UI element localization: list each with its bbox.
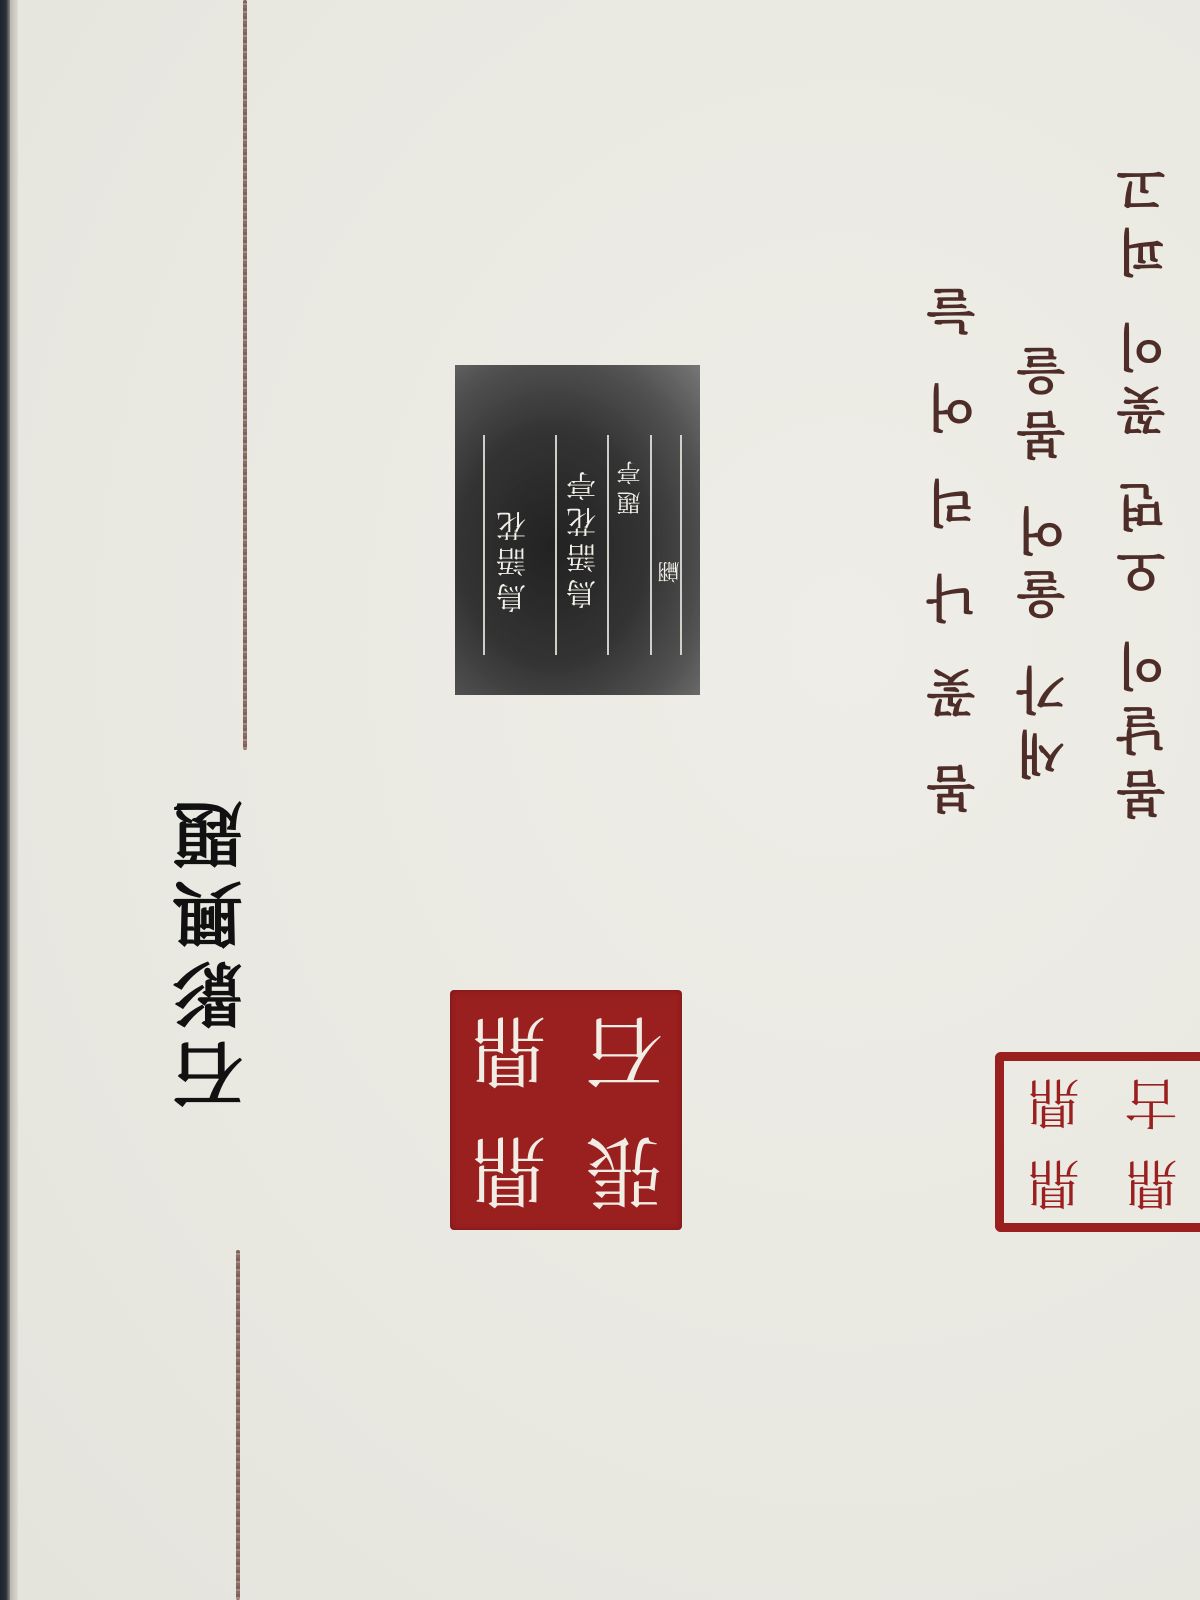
seal-char: 古: [1124, 1075, 1178, 1129]
rubbing-line: [650, 435, 652, 655]
rubbing-line: [483, 435, 485, 655]
rubbing-text: 題亭: [613, 455, 648, 515]
mount-line-bottom: [236, 1250, 240, 1600]
seal-char: 鼎: [1026, 1075, 1080, 1129]
mount-line-top: [243, 0, 247, 750]
outline-seal: 鼎 古 鼎 鼎: [995, 1052, 1200, 1232]
frame-edge: [0, 0, 10, 1600]
korean-column-middle: 새가 울어 봄을: [1020, 240, 1070, 780]
stone-rubbing: 翩 鳥語花 鳥語花亭 題亭: [455, 365, 700, 695]
seal-char: 鼎: [469, 1011, 547, 1089]
seal-char: 鼎: [469, 1131, 547, 1209]
rubbing-text: 鳥語花: [493, 505, 537, 613]
rubbing-line: [607, 435, 609, 655]
artist-inscription: 石影興題: [178, 790, 288, 1110]
rubbing-text: 翩: [655, 555, 686, 583]
korean-column-left: 봄 꽃 나 리 어 늘: [930, 95, 980, 815]
seal-char: 鼎: [1026, 1156, 1080, 1210]
seal-char: 鼎: [1124, 1156, 1178, 1210]
seal-char: 石: [585, 1011, 663, 1089]
rubbing-line: [555, 435, 557, 655]
rubbing-line: [680, 435, 682, 655]
korean-column-right: 봄날이 오면 꽃이 피고: [1120, 140, 1170, 820]
red-seal: 鼎 石 鼎 張: [450, 990, 682, 1230]
seal-char: 張: [585, 1131, 663, 1209]
rubbing-text: 鳥語花亭: [563, 465, 607, 609]
frame-mat: [10, 0, 18, 1600]
